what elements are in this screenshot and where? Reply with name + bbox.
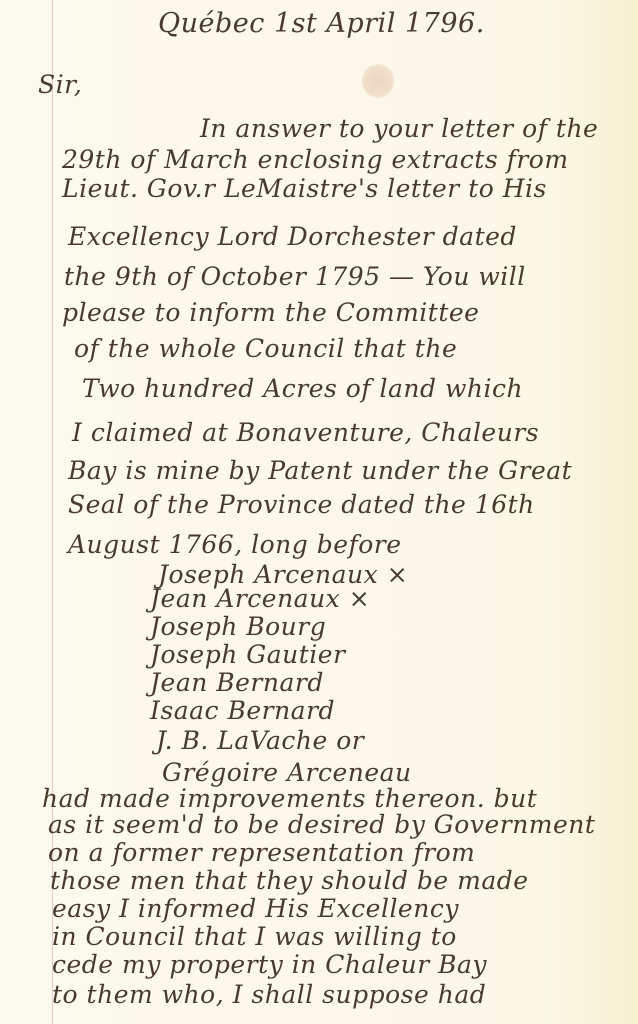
closing-line: on a former representation from (48, 838, 475, 867)
body-line: Seal of the Province dated the 16th (68, 490, 535, 519)
body-line: the 9th of October 1795 — You will (64, 262, 526, 291)
body-line: In answer to your letter of the (200, 114, 598, 143)
dateline: Québec 1st April 1796. (158, 8, 485, 39)
name-list-item: Jean Bernard (150, 668, 324, 697)
name-list-item: Joseph Gautier (150, 640, 346, 669)
closing-line: cede my property in Chaleur Bay (52, 950, 487, 979)
name-list-item: Jean Arcenaux × (150, 584, 370, 613)
name-list-item: Grégoire Arceneau (162, 758, 412, 787)
letter-page: Québec 1st April 1796. Sir, In answer to… (0, 0, 638, 1024)
body-line: 29th of March enclosing extracts from (62, 145, 569, 174)
closing-line: as it seem'd to be desired by Government (48, 810, 595, 839)
name-list-item: J. B. LaVache or (156, 726, 364, 755)
closing-line: had made improvements thereon. but (42, 784, 537, 813)
body-line: Excellency Lord Dorchester dated (68, 222, 517, 251)
body-line: August 1766, long before (68, 530, 402, 559)
closing-line: in Council that I was willing to (52, 922, 457, 951)
closing-line: to them who, I shall suppose had (52, 980, 486, 1009)
name-list-item: Isaac Bernard (150, 696, 335, 725)
body-line: I claimed at Bonaventure, Chaleurs (72, 418, 539, 447)
body-line: of the whole Council that the (74, 334, 457, 363)
name-list-item: Joseph Bourg (150, 612, 326, 641)
body-line: Bay is mine by Patent under the Great (68, 456, 572, 485)
body-line: Lieut. Gov.r LeMaistre's letter to His (62, 174, 547, 203)
paper-stain (362, 64, 394, 98)
closing-line: easy I informed His Excellency (52, 894, 459, 923)
salutation: Sir, (38, 70, 82, 99)
closing-line: those men that they should be made (50, 866, 529, 895)
body-line: Two hundred Acres of land which (82, 374, 523, 403)
body-line: please to inform the Committee (62, 298, 479, 327)
